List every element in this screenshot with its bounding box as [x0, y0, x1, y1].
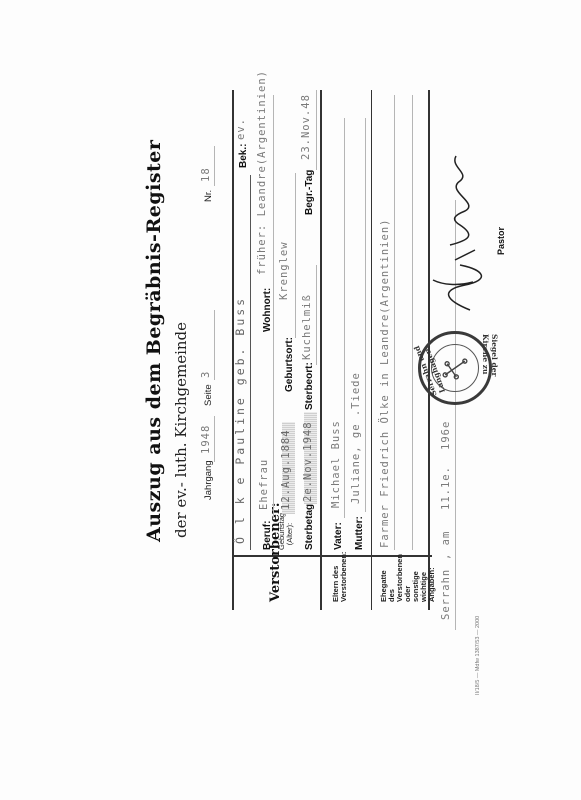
sterbeort-value: Kuchelmiß — [301, 294, 313, 360]
footer-place: Serrahn — [440, 569, 452, 620]
bek-value: ev. — [235, 118, 247, 140]
seite-line — [214, 310, 215, 380]
geburtstag-value: 12.Aug.1884 — [280, 429, 292, 510]
document-subtitle: der ev.- luth. Kirchgemeinde — [172, 322, 190, 538]
begr-tag-value: 23.Nov.48 — [300, 94, 312, 160]
geburtstag-label: Geburtstag (Alter): — [278, 518, 294, 550]
nr-value: 18 — [200, 167, 212, 182]
row-divider-2 — [371, 90, 372, 610]
section-parents-label: Eltern des Verstorbenen: — [332, 560, 348, 602]
spouse-line-2 — [412, 95, 413, 550]
geburtsort-line — [295, 173, 296, 338]
geburtsort-value: Krenglew — [278, 241, 290, 300]
document-title: Auszug aus dem Begräbnis-Register — [143, 140, 165, 542]
beruf-value: Ehefrau — [258, 459, 270, 510]
seal-text-bottom: Siegel der Kirche zu — [481, 334, 499, 392]
burial-register-extract: Auszug aus dem Begräbnis-Register der ev… — [0, 0, 581, 800]
seite-value: 3 — [200, 371, 212, 378]
jahrgang-value: 1948 — [200, 425, 212, 454]
begr-tag-label: Begr.-Tag — [304, 170, 315, 215]
pastor-signature — [425, 120, 495, 320]
begr-tag-line — [316, 90, 317, 170]
mutter-line — [365, 118, 366, 512]
beruf-label: Beruf: — [262, 521, 273, 550]
wohnort-line — [273, 95, 274, 285]
geburtsort-label: Geburtsort: — [284, 337, 295, 392]
mutter-label: Mutter: — [354, 516, 365, 550]
sterbetag-value: 2e.Nov.1948 — [302, 421, 314, 502]
cross-icon — [439, 352, 471, 384]
sterbetag-label: Sterbetag: — [304, 501, 315, 550]
footer-am-label: , am — [440, 531, 452, 560]
print-note: II/18/5 — Mdfw 1387/53 — 2000 — [475, 616, 481, 695]
nr-label: Nr. — [203, 190, 214, 202]
section-spouse-label: Ehegatte des Verstorbenen oder sonstige … — [380, 558, 436, 602]
name-line — [250, 175, 251, 550]
row-divider-1 — [320, 90, 322, 610]
deceased-name: Ö l k e Pauline geb. Buss — [233, 296, 247, 544]
footer-date-value: 11.1e. — [440, 466, 452, 510]
wohnort-label: Wohnort: — [262, 288, 273, 332]
jahrgang-label: Jahrgang — [203, 460, 214, 500]
vater-line — [344, 118, 345, 518]
jahrgang-line — [214, 416, 215, 462]
wohnort-value: früher: Leandre(Argentinien) — [256, 70, 268, 275]
pastor-label: Pastor — [496, 227, 506, 255]
bek-label: Bek.: — [238, 144, 249, 168]
spouse-value: Farmer Friedrich Ölke in Leandre(Argenti… — [379, 219, 391, 548]
church-seal: Serrahn und Langhagen Siegel der Kirche … — [418, 331, 492, 405]
sterbeort-label: Sterbeort: — [304, 362, 315, 410]
vater-label: Vater: — [333, 522, 344, 550]
seite-label: Seite — [203, 384, 214, 406]
spouse-line-1 — [394, 95, 395, 550]
mutter-value: Juliane, ge .Tiede — [350, 372, 362, 504]
beruf-line — [273, 278, 274, 518]
footer-year-value: 196e — [440, 421, 452, 450]
sterbeort-line — [316, 265, 317, 365]
nr-line — [214, 146, 215, 186]
vater-value: Michael Buss — [330, 420, 342, 508]
